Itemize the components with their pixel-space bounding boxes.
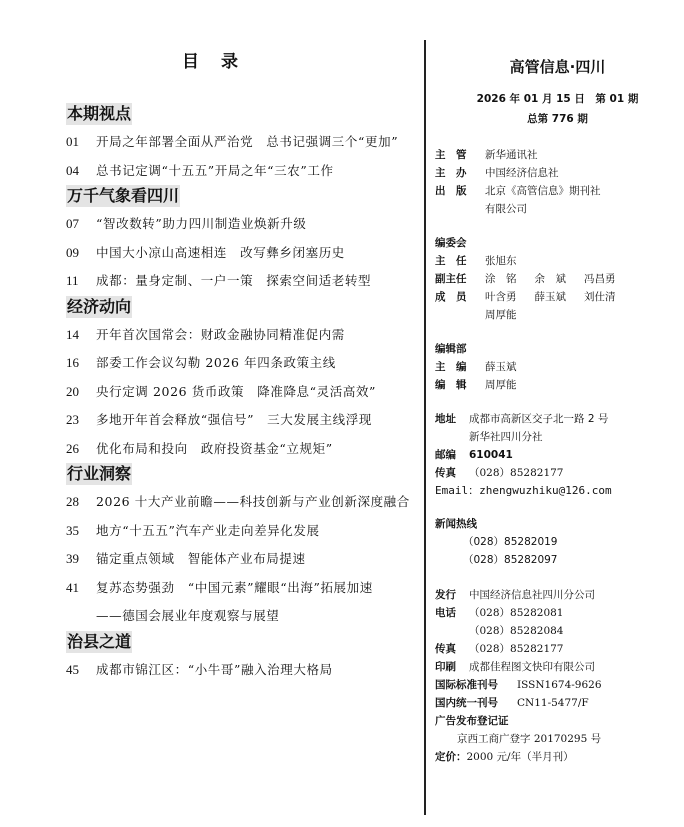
toc-entry[interactable]: 20央行定调 2026 货币政策 降准降息“灵活高效” (66, 378, 416, 407)
hotline-title: 新闻热线 (435, 515, 558, 533)
value: 薛玉斌 (485, 358, 517, 376)
address-line-2: 新华社四川分社 (469, 428, 543, 446)
toc-entry[interactable]: 39锚定重点领域 智能体产业布局提速 (66, 545, 416, 574)
page-number: 20 (66, 378, 96, 407)
article-title: 锚定重点领域 智能体产业布局提速 (96, 545, 306, 574)
label: 主 办 (435, 164, 485, 182)
issn: ISSN1674-9626 (517, 676, 602, 694)
page-number: 45 (66, 656, 96, 685)
page-number: 26 (66, 435, 96, 464)
toc-entry[interactable]: 282026 十大产业前瞻——科技创新与产业创新深度融合 (66, 488, 416, 517)
toc-section: 本期视点 01开局之年部署全面从严治党 总书记强调三个“更加” 04总书记定调“… (66, 103, 416, 185)
phone: （028）85282081 (469, 604, 564, 622)
page-number: 23 (66, 406, 96, 435)
toc-entry[interactable]: 16部委工作会议勾勒 2026 年四条政策主线 (66, 349, 416, 378)
article-title: 优化布局和投向 政府投资基金“立规矩” (96, 435, 333, 464)
label: 主 任 (435, 252, 485, 270)
toc-entry[interactable]: 23多地开年首会释放“强信号” 三大发展主线浮现 (66, 406, 416, 435)
page-number: 04 (66, 157, 96, 186)
article-title: “智改数转”助力四川制造业焕新升级 (96, 210, 306, 239)
toc-title: 目录 (0, 47, 420, 72)
label (435, 306, 485, 324)
toc-entry[interactable]: 35地方“十五五”汽车产业走向差异化发展 (66, 517, 416, 546)
value: 有限公司 (485, 200, 527, 218)
article-title: 地方“十五五”汽车产业走向差异化发展 (96, 517, 320, 546)
value: 中国经济信息社 (485, 164, 559, 182)
article-title: 开局之年部署全面从严治党 总书记强调三个“更加” (96, 128, 398, 157)
label: 出 版 (435, 182, 485, 200)
column-divider (424, 40, 426, 815)
article-title: 成都：量身定制、一户一策 探索空间适老转型 (96, 267, 371, 296)
name: 冯昌勇 (584, 270, 616, 288)
issuer: 中国经济信息社四川分公司 (469, 586, 595, 604)
article-title: 中国大小凉山高速相连 改写彝乡闭塞历史 (96, 239, 345, 268)
article-subtitle: ——德国会展业年度观察与展望 (96, 602, 279, 631)
name: 刘仕清 (584, 288, 616, 306)
toc-entry-subtitle[interactable]: ——德国会展业年度观察与展望 (66, 602, 416, 631)
article-title: 多地开年首会释放“强信号” 三大发展主线浮现 (96, 406, 372, 435)
name: 周厚能 (485, 306, 517, 324)
cn: CN11-5477/F (517, 694, 589, 712)
toc-section: 万千气象看四川 07“智改数转”助力四川制造业焕新升级 09中国大小凉山高速相连… (66, 185, 416, 296)
article-title: 总书记定调“十五五”开局之年“三农”工作 (96, 157, 334, 186)
distribution-info: 发行中国经济信息社四川分公司 电话（028）85282081 （028）8528… (435, 586, 602, 766)
page-number: 07 (66, 210, 96, 239)
section-heading: 治县之道 (66, 631, 132, 653)
article-title: 部委工作会议勾勒 2026 年四条政策主线 (96, 349, 336, 378)
section-heading: 万千气象看四川 (66, 185, 180, 207)
page-number: 39 (66, 545, 96, 574)
label (435, 200, 485, 218)
news-hotline: 新闻热线 （028）85282019 （028）85282097 (435, 515, 558, 569)
article-title: 复苏态势强劲 “中国元素”耀眼“出海”拓展加速 (96, 574, 373, 603)
fax-label: 传真 (435, 464, 469, 482)
editorial-department: 编辑部 主 编薛玉斌 编 辑周厚能 (435, 340, 517, 394)
toc-entry[interactable]: 45成都市锦江区：“小牛哥”融入治理大格局 (66, 656, 416, 685)
value: 新华通讯社 (485, 146, 538, 164)
section-heading: 本期视点 (66, 103, 132, 125)
total-issue: 总第 776 期 (435, 111, 680, 126)
toc-entry[interactable]: 41复苏态势强劲 “中国元素”耀眼“出海”拓展加速 (66, 574, 416, 603)
fax: （028）85282177 (469, 640, 564, 658)
label: 主 管 (435, 146, 485, 164)
article-title: 央行定调 2026 货币政策 降准降息“灵活高效” (96, 378, 376, 407)
name: 薛玉斌 (535, 288, 567, 306)
label: 成 员 (435, 288, 485, 306)
value: 北京《高管信息》期刊社 (485, 182, 601, 200)
ad-license: 京西工商广登字 20170295 号 (457, 730, 601, 748)
page-number: 09 (66, 239, 96, 268)
article-title: 开年首次国常会：财政金融协同精准促内需 (96, 321, 345, 350)
email-label: Email： (435, 482, 479, 500)
name: 余 斌 (535, 270, 567, 288)
toc-entry[interactable]: 07“智改数转”助力四川制造业焕新升级 (66, 210, 416, 239)
postcode: 610041 (469, 446, 513, 464)
label: 副主任 (435, 270, 485, 288)
ad-license-label: 广告发布登记证 (435, 712, 509, 730)
toc-entry[interactable]: 14开年首次国常会：财政金融协同精准促内需 (66, 321, 416, 350)
toc-entry[interactable]: 11成都：量身定制、一户一策 探索空间适老转型 (66, 267, 416, 296)
fax-label: 传真 (435, 640, 469, 658)
label: 编 辑 (435, 376, 485, 394)
toc-entry[interactable]: 26优化布局和投向 政府投资基金“立规矩” (66, 435, 416, 464)
issn-label: 国际标准刊号 (435, 676, 517, 694)
page-number: 28 (66, 488, 96, 517)
price-label: 定价： (435, 748, 467, 766)
cn-label: 国内统一刊号 (435, 694, 517, 712)
phone-label: 电话 (435, 604, 469, 622)
issuer-label: 发行 (435, 586, 469, 604)
editorial-board: 编委会 主 任张旭东 副主任涂 铭余 斌冯昌勇 成 员叶含勇薛玉斌刘仕清 周厚能 (435, 234, 634, 324)
price: 2000 元/年（半月刊） (467, 748, 574, 766)
issue-date: 2026 年 01 月 15 日 第 01 期 (435, 91, 680, 106)
page-number: 01 (66, 128, 96, 157)
page-number: 14 (66, 321, 96, 350)
address: 成都市高新区交子北一路 2 号 (469, 410, 608, 428)
toc-section: 经济动向 14开年首次国常会：财政金融协同精准促内需 16部委工作会议勾勒 20… (66, 296, 416, 464)
article-title: 2026 十大产业前瞻——科技创新与产业创新深度融合 (96, 488, 410, 517)
page-number: 35 (66, 517, 96, 546)
value: 周厚能 (485, 376, 517, 394)
table-of-contents: 本期视点 01开局之年部署全面从严治党 总书记强调三个“更加” 04总书记定调“… (66, 103, 416, 684)
email-link[interactable]: zhengwuzhiku@126.com (479, 482, 611, 500)
address-label: 地址 (435, 410, 469, 428)
editorial-dept-title: 编辑部 (435, 340, 517, 358)
postcode-label: 邮编 (435, 446, 469, 464)
page-number: 41 (66, 574, 96, 603)
printer: 成都佳程图文快印有限公司 (469, 658, 595, 676)
toc-section: 行业洞察 282026 十大产业前瞻——科技创新与产业创新深度融合 35地方“十… (66, 463, 416, 631)
toc-title-char-2: 录 (221, 47, 238, 72)
publisher-info: 主 管新华通讯社 主 办中国经济信息社 出 版北京《高管信息》期刊社 有限公司 (435, 146, 601, 218)
magazine-title: 高管信息·四川 (435, 56, 680, 77)
section-heading: 经济动向 (66, 296, 132, 318)
fax: （028）85282177 (469, 464, 564, 482)
editorial-board-title: 编委会 (435, 234, 634, 252)
phone: （028）85282084 (469, 622, 564, 640)
hotline-number: （028）85282097 (463, 551, 558, 569)
article-title: 成都市锦江区：“小牛哥”融入治理大格局 (96, 656, 333, 685)
toc-title-char-1: 目 (182, 47, 199, 72)
label: 主 编 (435, 358, 485, 376)
name: 涂 铭 (485, 270, 517, 288)
toc-entry[interactable]: 09中国大小凉山高速相连 改写彝乡闭塞历史 (66, 239, 416, 268)
contact-info: 地址成都市高新区交子北一路 2 号 新华社四川分社 邮编610041 传真（02… (435, 410, 612, 500)
section-heading: 行业洞察 (66, 463, 132, 485)
name: 叶含勇 (485, 288, 517, 306)
page-number: 11 (66, 267, 96, 296)
printer-label: 印刷 (435, 658, 469, 676)
name: 张旭东 (485, 252, 517, 270)
toc-entry[interactable]: 01开局之年部署全面从严治党 总书记强调三个“更加” (66, 128, 416, 157)
hotline-number: （028）85282019 (463, 533, 558, 551)
page-number: 16 (66, 349, 96, 378)
toc-entry[interactable]: 04总书记定调“十五五”开局之年“三农”工作 (66, 157, 416, 186)
toc-section: 治县之道 45成都市锦江区：“小牛哥”融入治理大格局 (66, 631, 416, 685)
